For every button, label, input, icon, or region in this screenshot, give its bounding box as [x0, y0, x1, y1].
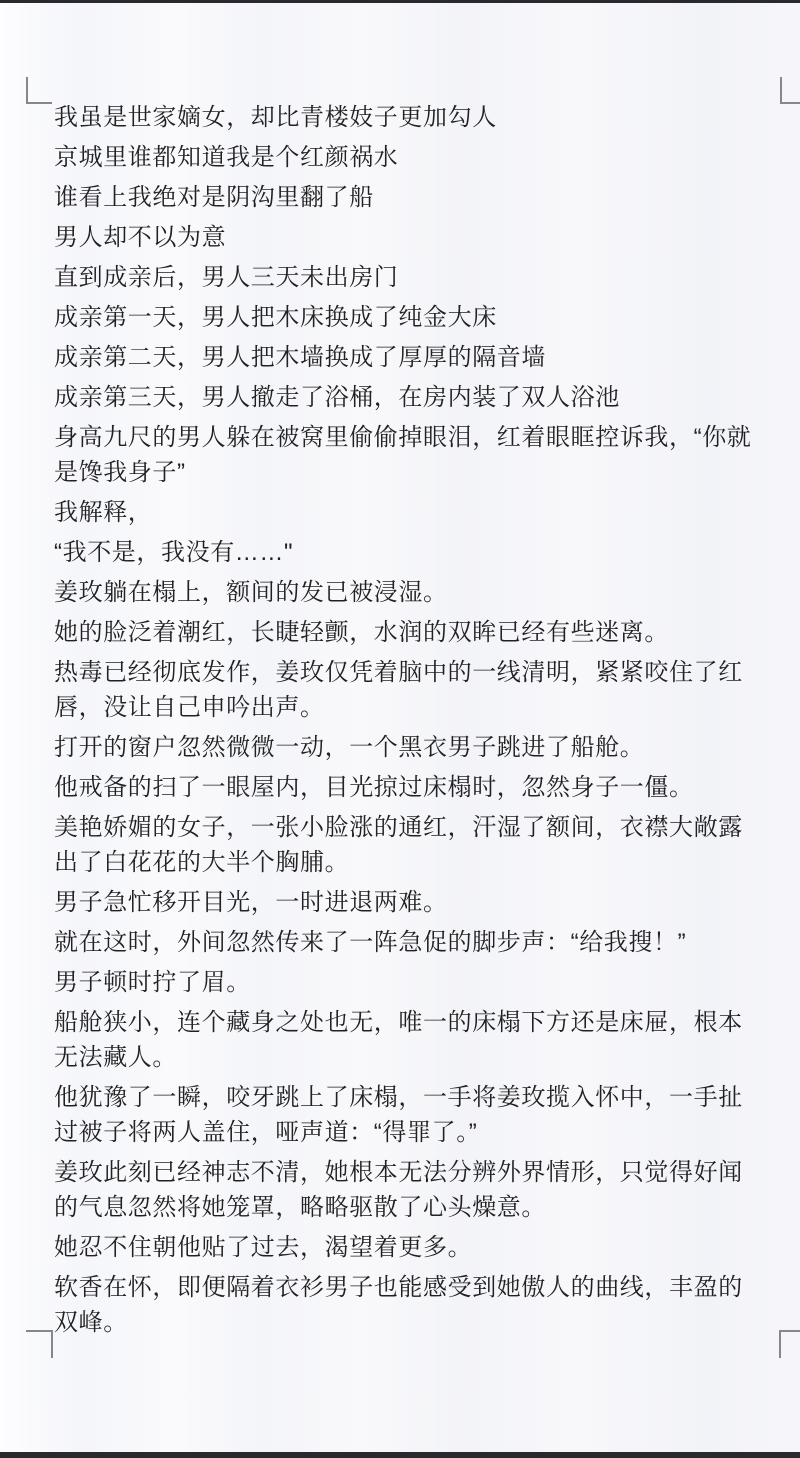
paragraph: 成亲第一天，男人把木床换成了纯金大床	[54, 300, 754, 335]
novel-text-block: 我虽是世家嫡女，却比青楼妓子更加勾人京城里谁都知道我是个红颜祸水谁看上我绝对是阴…	[54, 100, 754, 1345]
paragraph: 成亲第二天，男人把木墙换成了厚厚的隔音墙	[54, 340, 754, 375]
crop-mark-top-left	[26, 77, 52, 104]
paragraph: 直到成亲后，男人三天未出房门	[54, 260, 754, 295]
paragraph: 船舱狭小，连个藏身之处也无，唯一的床榻下方还是床屉，根本无法藏人。	[54, 1005, 754, 1075]
paragraph: 软香在怀，即便隔着衣衫男子也能感受到她傲人的曲线，丰盈的双峰。	[54, 1270, 754, 1340]
crop-mark-bottom-right	[779, 1330, 800, 1358]
paragraph: 打开的窗户忽然微微一动，一个黑衣男子跳进了船舱。	[54, 730, 754, 765]
paragraph: 他犹豫了一瞬，咬牙跳上了床榻，一手将姜玫揽入怀中，一手扯过被子将两人盖住，哑声道…	[54, 1080, 754, 1150]
paragraph: 我解释，	[54, 495, 754, 530]
paragraph: 男子顿时拧了眉。	[54, 965, 754, 1000]
crop-mark-top-right	[780, 77, 800, 104]
paragraph: 她的脸泛着潮红，长睫轻颤，水润的双眸已经有些迷离。	[54, 615, 754, 650]
paragraph: “我不是，我没有……"	[54, 535, 754, 570]
paragraph: 他戒备的扫了一眼屋内，目光掠过床榻时，忽然身子一僵。	[54, 770, 754, 805]
paragraph: 就在这时，外间忽然传来了一阵急促的脚步声：“给我搜！”	[54, 925, 754, 960]
paragraph: 姜玫此刻已经神志不清，她根本无法分辨外界情形，只觉得好闻的气息忽然将她笼罩，略略…	[54, 1155, 754, 1225]
paragraph: 京城里谁都知道我是个红颜祸水	[54, 140, 754, 175]
paragraph: 姜玫躺在榻上，额间的发已被浸湿。	[54, 575, 754, 610]
screenshot-page: 我虽是世家嫡女，却比青楼妓子更加勾人京城里谁都知道我是个红颜祸水谁看上我绝对是阴…	[0, 0, 800, 1458]
top-edge-bar	[0, 0, 800, 3]
paragraph: 谁看上我绝对是阴沟里翻了船	[54, 180, 754, 215]
bottom-edge-bar	[0, 1452, 800, 1458]
crop-mark-bottom-left	[26, 1330, 53, 1358]
paragraph: 男人却不以为意	[54, 220, 754, 255]
paragraph: 热毒已经彻底发作，姜玫仅凭着脑中的一线清明，紧紧咬住了红唇，没让自己申吟出声。	[54, 655, 754, 725]
paragraph: 她忍不住朝他贴了过去，渴望着更多。	[54, 1230, 754, 1265]
paragraph: 成亲第三天，男人撤走了浴桶，在房内装了双人浴池	[54, 380, 754, 415]
paragraph: 美艳娇媚的女子，一张小脸涨的通红，汗湿了额间，衣襟大敞露出了白花花的大半个胸脯。	[54, 810, 754, 880]
paragraph: 身高九尺的男人躲在被窝里偷偷掉眼泪，红着眼眶控诉我，“你就是馋我身子”	[54, 420, 754, 490]
paragraph: 男子急忙移开目光，一时进退两难。	[54, 885, 754, 920]
paragraph: 我虽是世家嫡女，却比青楼妓子更加勾人	[54, 100, 754, 135]
